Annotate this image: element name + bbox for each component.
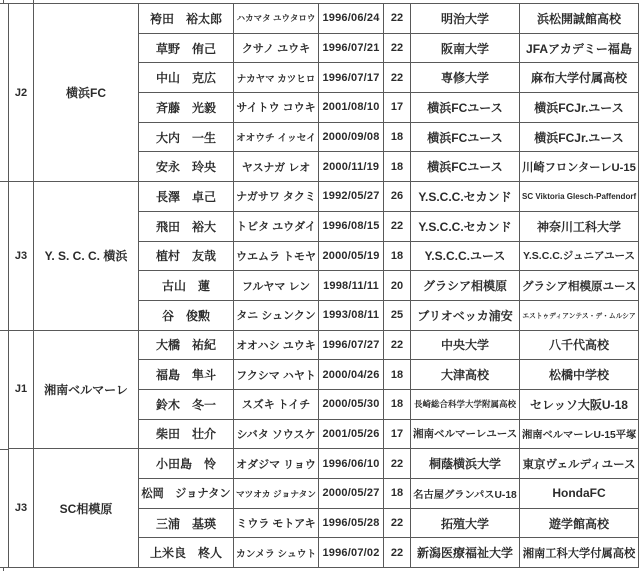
club-cell: 横浜FC <box>34 4 139 182</box>
age-cell: 18 <box>384 122 411 152</box>
birthdate-cell: 1998/11/11 <box>319 271 384 301</box>
player-name-cell: 鈴木 冬一 <box>139 389 234 419</box>
birthdate-cell: 1996/08/15 <box>319 211 384 241</box>
origin-team-cell: 横浜FCJr.ユース <box>520 122 639 152</box>
player-kana-cell: ナカヤマ カツヒロ <box>234 63 319 93</box>
previous-team-cell: 阪南大学 <box>411 33 520 63</box>
block-divider-extension <box>0 3 8 4</box>
age-cell: 20 <box>384 271 411 301</box>
age-cell: 17 <box>384 93 411 123</box>
origin-team-cell: 東京ヴェルディユース <box>520 449 639 479</box>
previous-team-cell: Y.S.C.C.ユース <box>411 241 520 271</box>
player-kana-cell: クサノ ユウキ <box>234 33 319 63</box>
player-name-cell: 大橋 祐紀 <box>139 330 234 360</box>
previous-team-cell: 名古屋グランパスU-18 <box>411 479 520 509</box>
player-name-cell: 袴田 裕太郎 <box>139 4 234 34</box>
player-kana-cell: カンメラ シュウト <box>234 538 319 568</box>
player-name-cell: 谷 俊勲 <box>139 300 234 330</box>
player-kana-cell: フクシマ ハヤト <box>234 360 319 390</box>
player-name-cell: 柴田 壮介 <box>139 419 234 449</box>
player-name-cell: 福島 隼斗 <box>139 360 234 390</box>
age-cell: 26 <box>384 182 411 212</box>
previous-team-cell: 拓殖大学 <box>411 508 520 538</box>
player-kana-cell: スズキ トイチ <box>234 389 319 419</box>
league-cell: J3 <box>9 182 34 330</box>
birthdate-cell: 1993/08/11 <box>319 300 384 330</box>
birthdate-cell: 1992/05/27 <box>319 182 384 212</box>
origin-team-cell: 八千代高校 <box>520 330 639 360</box>
previous-team-cell: 横浜FCユース <box>411 122 520 152</box>
player-kana-cell: ミウラ モトアキ <box>234 508 319 538</box>
age-cell: 18 <box>384 241 411 271</box>
origin-team-cell: セレッソ大阪U-18 <box>520 389 639 419</box>
origin-team-cell: SC Viktoria Glesch-Paffendorf <box>520 182 639 212</box>
player-kana-cell: フルヤマ レン <box>234 271 319 301</box>
birthdate-cell: 2000/04/26 <box>319 360 384 390</box>
age-cell: 22 <box>384 211 411 241</box>
birthdate-cell: 2001/05/26 <box>319 419 384 449</box>
origin-team-cell: 湘南ベルマーレU-15平塚 <box>520 419 639 449</box>
player-name-cell: 小田島 怜 <box>139 449 234 479</box>
age-cell: 18 <box>384 360 411 390</box>
column-divider-stub-top <box>33 0 34 3</box>
previous-team-cell: Y.S.C.C.セカンド <box>411 182 520 212</box>
previous-team-cell: 桐蔭横浜大学 <box>411 449 520 479</box>
block-divider-extension <box>0 181 8 182</box>
age-cell: 22 <box>384 449 411 479</box>
age-cell: 22 <box>384 508 411 538</box>
age-cell: 22 <box>384 538 411 568</box>
previous-team-cell: 大津高校 <box>411 360 520 390</box>
player-kana-cell: マツオカ ジョナタン <box>234 479 319 509</box>
previous-team-cell: 長崎総合科学大学附属高校 <box>411 389 520 419</box>
previous-team-cell: 新潟医療福祉大学 <box>411 538 520 568</box>
age-cell: 22 <box>384 4 411 34</box>
birthdate-cell: 2000/09/08 <box>319 122 384 152</box>
previous-team-cell: 中央大学 <box>411 330 520 360</box>
birthdate-cell: 1996/07/17 <box>319 63 384 93</box>
age-cell: 25 <box>384 300 411 330</box>
origin-team-cell: 横浜FCJr.ユース <box>520 93 639 123</box>
player-kana-cell: オダジマ リョウ <box>234 449 319 479</box>
player-name-cell: 松岡 ジョナタン <box>139 479 234 509</box>
origin-team-cell: JFAアカデミー福島 <box>520 33 639 63</box>
age-cell: 22 <box>384 330 411 360</box>
age-cell: 17 <box>384 419 411 449</box>
player-row: J2横浜FC袴田 裕太郎ハカマタ ユウタロウ1996/06/2422明治大学浜松… <box>9 4 639 34</box>
birthdate-cell: 1996/07/27 <box>319 330 384 360</box>
birthdate-cell: 2000/05/19 <box>319 241 384 271</box>
player-name-cell: 上米良 柊人 <box>139 538 234 568</box>
birthdate-cell: 1996/05/28 <box>319 508 384 538</box>
player-kana-cell: シバタ ソウスケ <box>234 419 319 449</box>
player-name-cell: 三浦 基瑛 <box>139 508 234 538</box>
origin-team-cell: 遊学館高校 <box>520 508 639 538</box>
player-name-cell: 大内 一生 <box>139 122 234 152</box>
birthdate-cell: 1996/06/10 <box>319 449 384 479</box>
player-row: J1湘南ベルマーレ大橋 祐紀オオハシ ユウキ1996/07/2722中央大学八千… <box>9 330 639 360</box>
club-cell: 湘南ベルマーレ <box>34 330 139 449</box>
origin-team-cell: 川崎フロンターレU-15 <box>520 152 639 182</box>
roster-table-section: J2横浜FC袴田 裕太郎ハカマタ ユウタロウ1996/06/2422明治大学浜松… <box>0 0 640 571</box>
block-divider-extension <box>0 330 8 331</box>
player-kana-cell: ハカマタ ユウタロウ <box>234 4 319 34</box>
player-name-cell: 飛田 裕大 <box>139 211 234 241</box>
previous-team-cell: 横浜FCユース <box>411 152 520 182</box>
player-name-cell: 古山 蓮 <box>139 271 234 301</box>
player-name-cell: 草野 侑己 <box>139 33 234 63</box>
previous-team-cell: Y.S.C.C.セカンド <box>411 211 520 241</box>
birthdate-cell: 2000/05/30 <box>319 389 384 419</box>
player-row: J3Y. S. C. C. 横浜長澤 卓己ナガサワ タクミ1992/05/272… <box>9 182 639 212</box>
player-kana-cell: タニ シュンクン <box>234 300 319 330</box>
birthdate-cell: 2000/11/19 <box>319 152 384 182</box>
player-name-cell: 植村 友哉 <box>139 241 234 271</box>
age-cell: 22 <box>384 33 411 63</box>
club-cell: Y. S. C. C. 横浜 <box>34 182 139 330</box>
club-cell: SC相模原 <box>34 449 139 568</box>
origin-team-cell: 浜松開誠館高校 <box>520 4 639 34</box>
player-kana-cell: ウエムラ トモヤ <box>234 241 319 271</box>
player-kana-cell: ナガサワ タクミ <box>234 182 319 212</box>
age-cell: 22 <box>384 63 411 93</box>
birthdate-cell: 2001/08/10 <box>319 93 384 123</box>
player-name-cell: 長澤 卓己 <box>139 182 234 212</box>
birthdate-cell: 1996/07/02 <box>319 538 384 568</box>
league-cell: J3 <box>9 449 34 568</box>
origin-team-cell: 麻布大学付属高校 <box>520 63 639 93</box>
birthdate-cell: 1996/07/21 <box>319 33 384 63</box>
player-kana-cell: トビタ ユウダイ <box>234 211 319 241</box>
player-kana-cell: オオハシ ユウキ <box>234 330 319 360</box>
outer-border-stub-top <box>3 0 4 3</box>
player-name-cell: 安永 玲央 <box>139 152 234 182</box>
player-name-cell: 斉藤 光毅 <box>139 93 234 123</box>
age-cell: 18 <box>384 479 411 509</box>
origin-team-cell: 湘南工科大学付属高校 <box>520 538 639 568</box>
previous-team-cell: 湘南ベルマーレユース <box>411 419 520 449</box>
origin-team-cell: 神奈川工科大学 <box>520 211 639 241</box>
previous-team-cell: グラシア相模原 <box>411 271 520 301</box>
age-cell: 18 <box>384 389 411 419</box>
origin-team-cell: Y.S.C.C.ジュニアユース <box>520 241 639 271</box>
block-divider-extension <box>0 449 8 450</box>
player-row: J3SC相模原小田島 怜オダジマ リョウ1996/06/1022桐蔭横浜大学東京… <box>9 449 639 479</box>
origin-team-cell: 松橋中学校 <box>520 360 639 390</box>
age-cell: 18 <box>384 152 411 182</box>
outer-border-stub-bottom <box>3 567 4 571</box>
previous-team-cell: 横浜FCユース <box>411 93 520 123</box>
player-transfer-table: J2横浜FC袴田 裕太郎ハカマタ ユウタロウ1996/06/2422明治大学浜松… <box>8 3 639 568</box>
player-kana-cell: サイトウ コウキ <box>234 93 319 123</box>
origin-team-cell: エストゥディアンテス・デ・ムルシア <box>520 300 639 330</box>
previous-team-cell: 専修大学 <box>411 63 520 93</box>
league-cell: J1 <box>9 330 34 449</box>
birthdate-cell: 2000/05/27 <box>319 479 384 509</box>
origin-team-cell: HondaFC <box>520 479 639 509</box>
birthdate-cell: 1996/06/24 <box>319 4 384 34</box>
block-divider-extension <box>0 567 8 568</box>
previous-team-cell: ブリオベッカ浦安 <box>411 300 520 330</box>
league-cell: J2 <box>9 4 34 182</box>
previous-team-cell: 明治大学 <box>411 4 520 34</box>
origin-team-cell: グラシア相模原ユース <box>520 271 639 301</box>
player-name-cell: 中山 克広 <box>139 63 234 93</box>
player-kana-cell: オオウチ イッセイ <box>234 122 319 152</box>
player-kana-cell: ヤスナガ レオ <box>234 152 319 182</box>
